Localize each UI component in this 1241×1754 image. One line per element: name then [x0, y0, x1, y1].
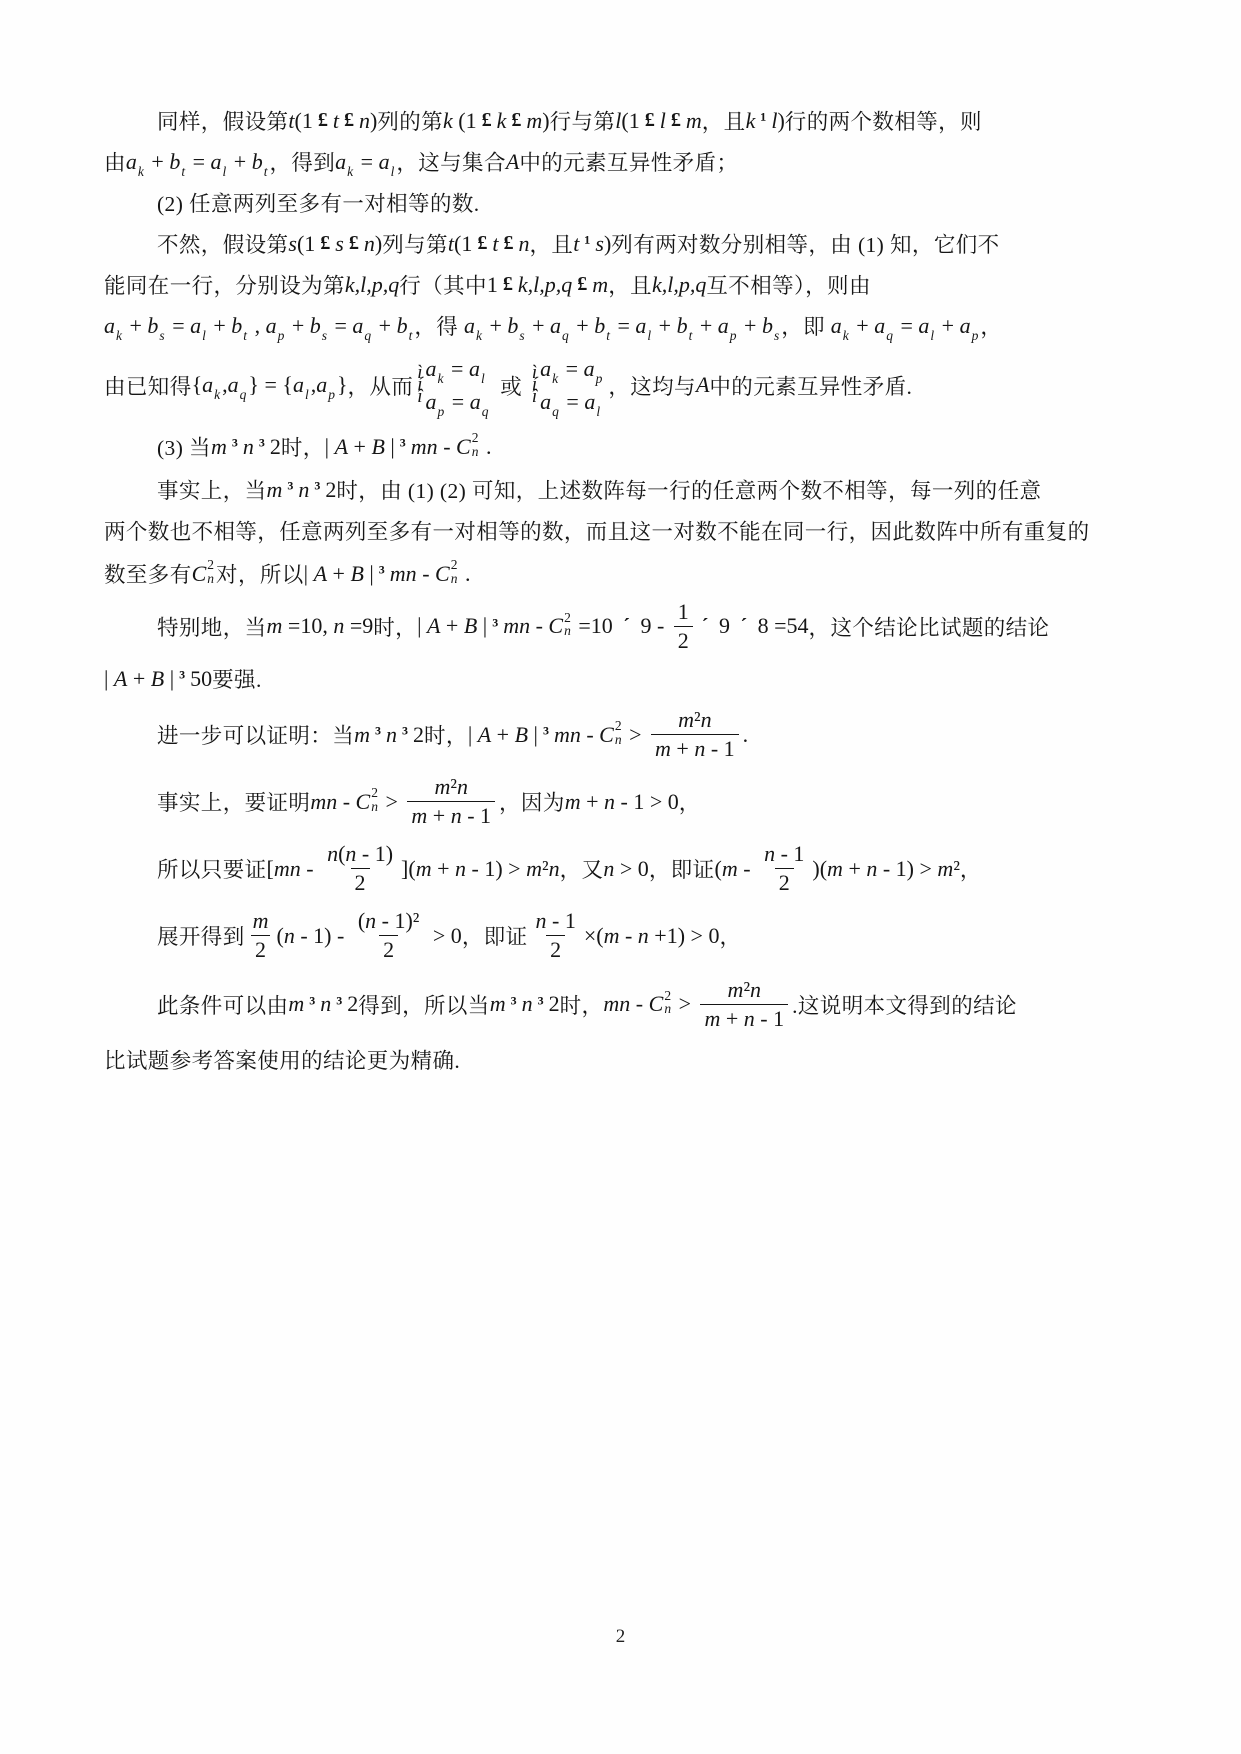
math-variable: m	[565, 789, 581, 815]
math-variable: n	[298, 477, 309, 503]
math-sub-sup: C2n	[456, 433, 480, 460]
math-roman: (1	[621, 108, 639, 134]
text-run: 时，	[424, 719, 468, 750]
math-roman: |	[164, 666, 174, 692]
math-subscripted: bt	[231, 313, 249, 339]
math-roman: -	[581, 722, 599, 748]
symbol-glyph: £	[503, 232, 513, 255]
math-roman: } = {	[248, 372, 293, 398]
math-roman: +	[653, 313, 676, 339]
math-variable: mn	[390, 561, 417, 587]
text-run: ，得到	[269, 146, 335, 177]
math-subscripted: ap	[316, 372, 337, 398]
text-line-4: 不然，假设第s(1£s£n)列与第t(1£t£n，且t¹s)列有两对数分别相等，…	[104, 223, 1141, 264]
math-roman: |	[364, 561, 374, 587]
math-variable: m	[704, 1006, 720, 1032]
math-fraction: m²nm + n - 1	[651, 707, 739, 762]
math-roman: ²	[450, 774, 457, 800]
text-run: 或	[494, 370, 527, 401]
math-roman: (1	[454, 231, 472, 257]
text-run: 得到，所以当	[358, 989, 489, 1020]
math-roman: - 1	[547, 908, 576, 934]
math-variable: n	[518, 231, 529, 257]
math-variable: n	[386, 722, 397, 748]
math-sub-sup: C2n	[548, 613, 572, 640]
text-run: 互不相等），则由	[706, 269, 870, 300]
text-run: ，	[980, 310, 1002, 341]
math-variable: m	[526, 108, 542, 134]
math-roman: )(	[812, 856, 827, 882]
math-variable: A	[427, 613, 440, 639]
math-subscripted: ak	[126, 149, 146, 175]
math-variable: n	[451, 803, 462, 829]
text-run: 能同在一行，分别设为第	[104, 269, 345, 300]
math-variable: m	[354, 722, 370, 748]
math-fraction: m2	[249, 908, 273, 963]
page-number: 2	[0, 1626, 1241, 1648]
math-roman: -	[417, 561, 435, 587]
math-roman: +	[491, 722, 514, 748]
text-run: .这说明本文得到的结论	[792, 989, 1017, 1020]
brace-glyphs: ìíî	[532, 367, 537, 402]
text-run: 展开得到	[157, 920, 245, 951]
math-subscripted: ak	[335, 149, 355, 175]
math-subscripted: aq	[540, 389, 561, 415]
text-run: 对，所以	[216, 558, 304, 589]
symbol-glyph: ³	[543, 723, 549, 746]
text-run: ，且	[529, 228, 573, 259]
math-roman: - 1 > 0	[615, 789, 679, 815]
text-line-8: (3) 当m³n³2时，| A + B |³mn - C2n .	[104, 424, 1141, 469]
text-line-14: 进一步可以证明：当m³n³2时，| A + B |³mn - C2n > m²n…	[104, 701, 1141, 768]
text-run: 不然，假设第	[157, 228, 288, 259]
math-subscripted: bs	[507, 313, 526, 339]
math-roman: >	[624, 722, 647, 748]
text-run: 此条件可以由	[157, 989, 288, 1020]
math-subscripted: bs	[762, 313, 781, 339]
text-run: 时，	[281, 431, 325, 462]
math-roman: +	[739, 313, 762, 339]
math-variable: n	[536, 908, 547, 934]
math-subscripted: aq	[470, 389, 491, 415]
symbol-glyph: ³	[511, 993, 517, 1016]
text-line-2: 由ak + bt = al + bt，得到ak = al，这与集合A中的元素互异…	[104, 141, 1141, 182]
text-line-16: 所以只要证[mn - n(n - 1)2](m + n - 1) > m²n，又…	[104, 835, 1141, 902]
text-line-12: 特别地，当m =10, n =9时，| A + B |³mn - C2n =10…	[104, 596, 1141, 656]
symbol-glyph: £	[503, 273, 513, 296]
symbol-glyph: ´	[702, 615, 709, 638]
text-run: ，即证	[462, 920, 528, 951]
text-run: 列与第	[382, 228, 448, 259]
text-run: ，从而	[348, 370, 414, 401]
math-roman: +	[146, 149, 169, 175]
math-variable: m	[267, 613, 283, 639]
math-subscripted: ak	[104, 313, 124, 339]
symbol-glyph: £	[577, 273, 587, 296]
math-variable: m	[686, 108, 702, 134]
math-subscripted: ak	[202, 372, 222, 398]
math-subscripted: aq	[874, 313, 895, 339]
text-run: ，即	[781, 310, 831, 341]
text-run: 由已知得	[104, 370, 192, 401]
math-variable: A	[506, 149, 519, 175]
math-subscripted: aq	[228, 372, 249, 398]
math-fraction: n - 12	[760, 841, 808, 896]
math-variable: mn	[603, 991, 630, 1017]
symbol-glyph: ³	[538, 993, 544, 1016]
math-variable: n	[243, 434, 254, 460]
math-roman: =	[895, 313, 918, 339]
math-variable: m	[722, 856, 738, 882]
text-line-11: 数至多有C2n对，所以| A + B |³mn - C2n .	[104, 551, 1141, 596]
math-variable: m	[728, 977, 744, 1003]
text-run: ，这与集合	[396, 146, 506, 177]
math-variable: A	[696, 372, 709, 398]
text-run: ，这均与	[608, 370, 696, 401]
math-fraction: m²nm + n - 1	[407, 774, 495, 829]
math-subscripted: al	[584, 389, 602, 415]
math-variable: n	[284, 923, 295, 949]
math-variable: m	[267, 477, 283, 503]
math-roman: =	[612, 313, 635, 339]
brace-glyphs: ìíî	[417, 367, 422, 402]
math-subscripted: ap	[426, 389, 447, 415]
symbol-glyph: £	[349, 232, 359, 255]
math-roman: -	[301, 856, 319, 882]
math-subscripted: al	[379, 149, 397, 175]
math-roman: 2	[347, 991, 358, 1017]
math-variable: B	[350, 561, 363, 587]
math-roman: =	[167, 313, 190, 339]
text-run: (2) 任意两列至多有一对相等的数.	[157, 187, 480, 218]
math-subscripted: al	[293, 372, 311, 398]
symbol-glyph: £	[645, 109, 655, 132]
math-roman: .	[480, 434, 491, 460]
math-roman: ²	[743, 977, 750, 1003]
math-variable: mn	[554, 722, 581, 748]
text-run: 两个数也不相等，任意两列至多有一对相等的数，而且这一对数不能在同一行，因此数阵中…	[104, 515, 1090, 546]
math-roman: )	[542, 108, 549, 134]
math-roman: -	[738, 856, 756, 882]
math-subscripted: bt	[397, 313, 415, 339]
math-variable: m	[604, 923, 620, 949]
document-body: 同样，假设第t(1£t£n)列的第k (1£k£m)行与第l(1£l£m，且k¹…	[104, 100, 1141, 1080]
math-roman: ²	[694, 707, 701, 733]
math-roman: - 1) >	[466, 856, 526, 882]
text-line-19: 比试题参考答案使用的结论更为精确.	[104, 1039, 1141, 1080]
math-roman: )	[777, 108, 784, 134]
math-roman: -	[630, 991, 648, 1017]
math-roman: |	[528, 722, 538, 748]
math-variable: t	[492, 231, 498, 257]
text-run: ，即证	[649, 853, 715, 884]
math-roman: 9	[713, 613, 735, 639]
math-roman: - 1	[755, 1006, 784, 1032]
math-roman: ](	[401, 856, 416, 882]
math-roman: +	[327, 561, 350, 587]
math-roman: +	[124, 313, 147, 339]
math-sub-sup: C2n	[192, 560, 216, 587]
math-variable: A	[114, 666, 127, 692]
symbol-glyph: £	[318, 109, 328, 132]
text-line-18: 此条件可以由m³n³2得到，所以当m³n³2时，mn - C2n > m²nm …	[104, 969, 1141, 1039]
math-roman: +	[936, 313, 959, 339]
math-subscripted: aq	[352, 313, 373, 339]
math-subscripted: aq	[550, 313, 571, 339]
math-subscripted: bs	[310, 313, 329, 339]
math-roman: - 1) >	[877, 856, 937, 882]
math-fraction: (n - 1)²2	[354, 908, 424, 963]
symbol-glyph: ³	[336, 993, 342, 1016]
math-variable: n	[701, 707, 712, 733]
math-roman: 2	[779, 870, 790, 896]
math-variable: m	[678, 707, 694, 733]
text-line-6: ak + bs = al + bt , ap + bs = aq + bt，得 …	[104, 305, 1141, 346]
math-roman: (1	[295, 108, 313, 134]
math-roman: |	[385, 434, 395, 460]
math-roman: ²	[542, 856, 549, 882]
math-roman: [	[267, 856, 274, 882]
text-run: 中的元素互异性矛盾；	[519, 146, 738, 177]
math-variable: n	[549, 856, 560, 882]
text-run: 事实上，当	[157, 474, 267, 505]
math-variable: B	[151, 666, 164, 692]
math-roman: ²	[953, 856, 960, 882]
math-roman: +	[228, 149, 251, 175]
math-variable: m	[937, 856, 953, 882]
text-run: ，	[960, 853, 982, 884]
math-variable: s	[288, 231, 297, 257]
brace-piece-glyph: î	[532, 391, 537, 403]
math-roman: )	[375, 231, 382, 257]
math-roman: +	[432, 856, 455, 882]
math-variable: m	[288, 991, 304, 1017]
math-roman: +	[581, 789, 604, 815]
math-roman: 2	[549, 991, 560, 1017]
text-run: 事实上，要证明	[157, 786, 310, 817]
math-variable: n	[333, 613, 344, 639]
math-variable: k,l,p,q	[652, 272, 706, 298]
math-variable: B	[515, 722, 528, 748]
symbol-glyph: ³	[402, 723, 408, 746]
math-variable: s	[335, 231, 344, 257]
math-roman: =	[187, 149, 210, 175]
symbol-glyph: ¹	[760, 109, 766, 132]
math-subscripted: ak	[426, 356, 446, 382]
math-roman: =10	[573, 613, 618, 639]
symbol-glyph: ³	[259, 435, 265, 458]
math-roman: (	[358, 908, 365, 934]
math-roman: +	[843, 856, 866, 882]
math-subscripted: bt	[594, 313, 612, 339]
math-variable: mn	[310, 789, 337, 815]
text-line-5: 能同在一行，分别设为第k,l,p,q行（其中1£k,l,p,q£m，且k,l,p…	[104, 264, 1141, 305]
math-subscripted: bt	[252, 149, 270, 175]
brace-piece-glyph: î	[417, 391, 422, 403]
math-variable: k,l,p,q	[518, 272, 572, 298]
text-run: 时，	[560, 989, 604, 1020]
math-variable: k	[746, 108, 756, 134]
math-roman: 9 -	[635, 613, 670, 639]
document-page: 同样，假设第t(1£t£n)列的第k (1£k£m)行与第l(1£l£m，且k¹…	[0, 0, 1241, 1754]
math-roman: - 1	[775, 841, 804, 867]
text-run: 比试题参考答案使用的结论更为精确.	[104, 1044, 460, 1075]
text-line-3: (2) 任意两列至多有一对相等的数.	[104, 182, 1141, 223]
text-line-13: | A + B |³50要强.	[104, 656, 1141, 701]
math-fraction: n - 12	[532, 908, 580, 963]
math-variable: n	[744, 1006, 755, 1032]
text-run: (3) 当	[157, 431, 211, 462]
math-roman: |	[304, 561, 314, 587]
text-run: 列有两对数分别相等，由 (1) 知，它们不	[611, 228, 999, 259]
math-roman: =	[446, 389, 469, 415]
text-line-17: 展开得到m2(n - 1) - (n - 1)²2 > 0，即证n - 12×(…	[104, 902, 1141, 969]
math-variable: m	[526, 856, 542, 882]
math-subscripted: ak	[464, 313, 484, 339]
symbol-glyph: ³	[400, 435, 406, 458]
math-roman: +1) > 0	[649, 923, 720, 949]
symbol-glyph: £	[511, 109, 521, 132]
symbol-glyph: ³	[379, 562, 385, 585]
math-roman: +	[286, 313, 309, 339]
math-roman: - 1)²	[376, 908, 419, 934]
math-subscripted: al	[635, 313, 653, 339]
math-variable: m	[411, 803, 427, 829]
math-variable: l	[660, 108, 666, 134]
math-variable: m	[416, 856, 432, 882]
cases-group: ìíîak = apaq = al	[532, 356, 604, 415]
math-variable: m	[827, 856, 843, 882]
math-variable: B	[464, 613, 477, 639]
text-line-1: 同样，假设第t(1£t£n)列的第k (1£k£m)行与第l(1£l£m，且k¹…	[104, 100, 1141, 141]
text-line-15: 事实上，要证明mn - C2n > m²nm + n - 1，因为m + n -…	[104, 768, 1141, 835]
math-variable: n	[866, 856, 877, 882]
math-subscripted: al	[190, 313, 208, 339]
math-roman: +	[694, 313, 717, 339]
math-variable: A	[335, 434, 348, 460]
math-sub-sup: C2n	[356, 788, 380, 815]
math-roman: +	[484, 313, 507, 339]
math-roman: 2	[355, 870, 366, 896]
math-roman: +	[440, 613, 463, 639]
math-roman: )	[370, 108, 377, 134]
math-roman: > 0	[427, 923, 461, 949]
math-roman: .	[459, 561, 470, 587]
math-roman: =	[560, 356, 583, 382]
text-run: ，又	[560, 853, 604, 884]
math-variable: n	[455, 856, 466, 882]
text-run: 中的元素互异性矛盾.	[709, 370, 912, 401]
math-roman: ×(	[584, 923, 604, 949]
math-roman: -	[619, 923, 637, 949]
text-run: 要强.	[212, 663, 262, 694]
math-subscripted: bt	[677, 313, 695, 339]
text-run: 由	[104, 146, 126, 177]
text-run: ，得	[414, 310, 464, 341]
math-roman: (1	[453, 108, 477, 134]
math-variable: n	[604, 789, 615, 815]
math-roman: (	[277, 923, 284, 949]
symbol-glyph: ³	[309, 993, 315, 1016]
math-variable: n	[327, 841, 338, 867]
symbol-glyph: ¹	[584, 232, 590, 255]
cases-group: ìíîak = alap = aq	[417, 356, 490, 415]
math-roman: >	[673, 991, 696, 1017]
math-subscripted: ak	[540, 356, 560, 382]
math-roman: >	[380, 789, 403, 815]
math-variable: t	[573, 231, 579, 257]
text-run: ，且	[702, 105, 746, 136]
math-variable: n	[359, 108, 370, 134]
text-run: 特别地，当	[157, 611, 267, 642]
text-run: 同样，假设第	[157, 105, 288, 136]
math-roman: |	[468, 722, 478, 748]
math-roman: ,	[249, 313, 266, 339]
math-variable: k,l,p,q	[345, 272, 399, 298]
math-variable: n	[522, 991, 533, 1017]
symbol-glyph: ³	[314, 478, 320, 501]
math-variable: m	[211, 434, 227, 460]
math-variable: n	[694, 736, 705, 762]
math-roman: +	[851, 313, 874, 339]
math-variable: m	[253, 908, 269, 934]
text-run: ，因为	[499, 786, 565, 817]
math-roman: .	[743, 722, 749, 748]
math-subscripted: ak	[831, 313, 851, 339]
math-variable: m	[490, 991, 506, 1017]
math-variable: k	[443, 108, 453, 134]
math-roman: 2	[678, 628, 689, 654]
math-roman: +	[571, 313, 594, 339]
math-subscripted: al	[918, 313, 936, 339]
symbol-glyph: £	[482, 109, 492, 132]
math-roman: +	[208, 313, 231, 339]
math-roman: |	[477, 613, 487, 639]
math-roman: -	[337, 789, 355, 815]
math-variable: n	[365, 908, 376, 934]
symbol-glyph: ´	[623, 615, 630, 638]
symbol-glyph: ³	[179, 667, 185, 690]
math-roman: (	[715, 856, 722, 882]
math-variable: mn	[503, 613, 530, 639]
math-variable: n	[320, 991, 331, 1017]
text-run: 时，由 (1) (2) 可知，上述数阵每一行的任意两个数不相等，每一列的任意	[336, 474, 1041, 505]
text-run: 行与第	[550, 105, 616, 136]
math-fraction: n(n - 1)2	[323, 841, 397, 896]
math-variable: n	[750, 977, 761, 1003]
math-roman: -	[530, 613, 548, 639]
math-roman: 2	[255, 937, 266, 963]
math-roman: 2	[413, 722, 424, 748]
math-subscripted: al	[469, 356, 487, 382]
math-variable: mn	[411, 434, 438, 460]
math-roman: 1	[678, 599, 689, 625]
math-variable: m	[592, 272, 608, 298]
math-variable: n	[638, 923, 649, 949]
math-roman: =	[355, 149, 378, 175]
math-roman: 50	[190, 666, 212, 692]
math-variable: m	[655, 736, 671, 762]
math-roman: =9	[344, 613, 373, 639]
symbol-glyph: ³	[232, 435, 238, 458]
symbol-glyph: ³	[492, 615, 498, 638]
math-subscripted: ap	[584, 356, 605, 382]
math-roman: - 1	[705, 736, 734, 762]
math-roman: 1	[487, 272, 498, 298]
math-roman: +	[427, 803, 450, 829]
math-subscripted: bs	[147, 313, 166, 339]
text-run: 行（其中	[399, 269, 487, 300]
